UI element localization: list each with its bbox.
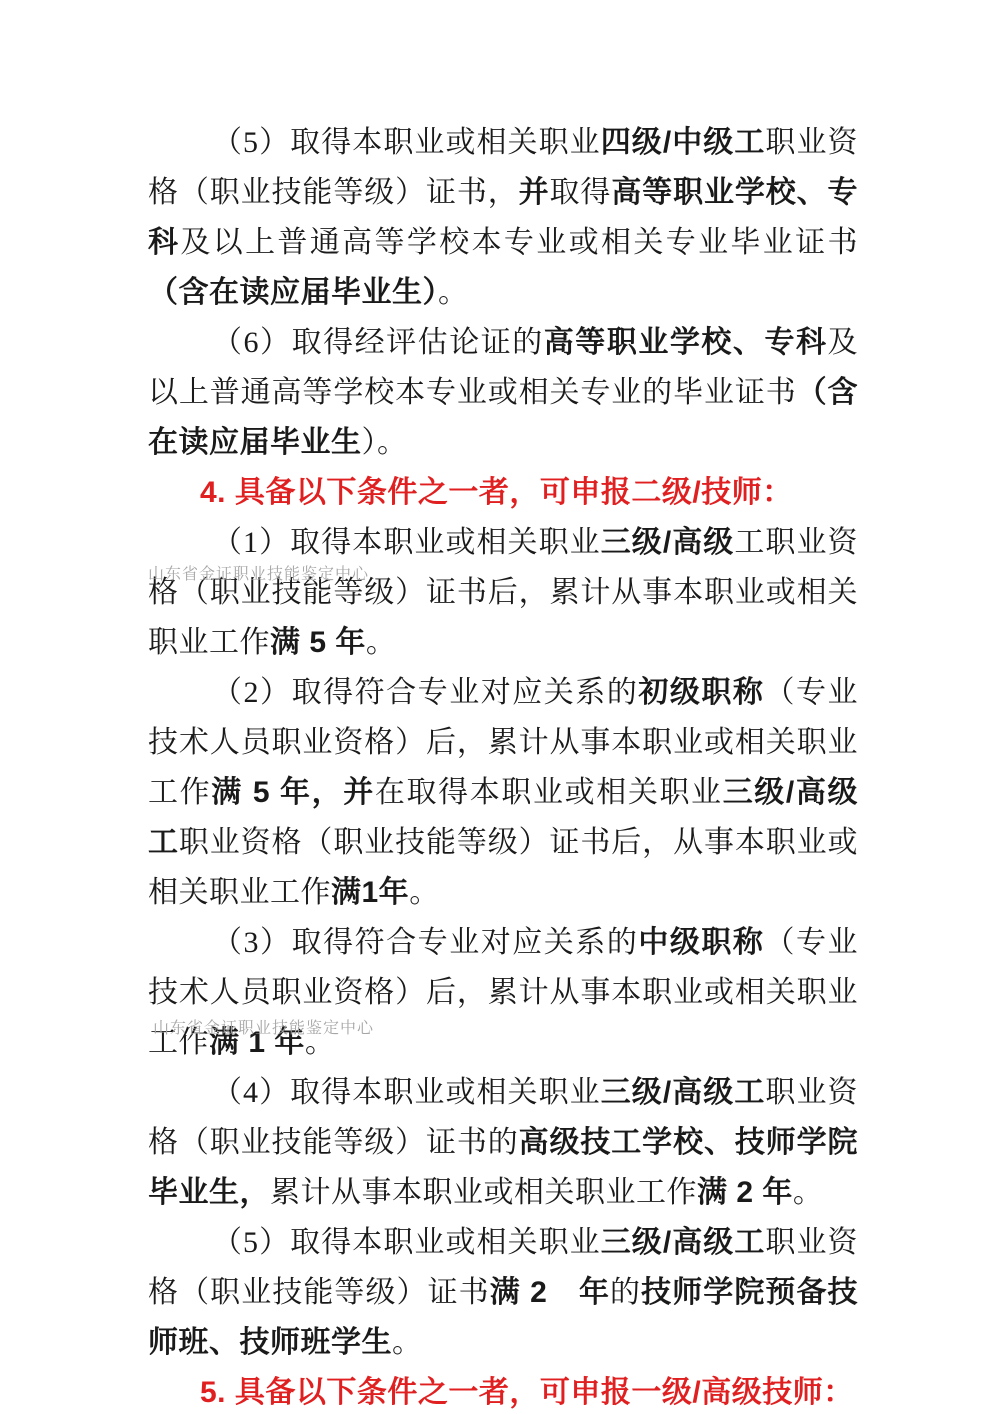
section-5-heading: 5. 具备以下条件之一者，可申报一级/高级技师： bbox=[148, 1368, 858, 1414]
text-segment: 三级/高级工 bbox=[601, 1076, 766, 1109]
text-segment: 中级职称 bbox=[638, 926, 764, 959]
text-segment: 满 5 年 bbox=[270, 626, 366, 659]
text-segment: （6）取得经评估论证的 bbox=[212, 326, 544, 359]
clause-1-level-2: （1）取得本职业或相关职业三级/高级工职业资格（职业技能等级）证书后，累计从事本… bbox=[148, 518, 858, 668]
watermark-text: 山东省金证职业技能鉴定中心 bbox=[148, 567, 369, 583]
text-segment: 在取得本职业或相关职业 bbox=[375, 776, 723, 809]
text-segment: （4）取得本职业或相关职业 bbox=[212, 1076, 601, 1109]
text-segment: 的 bbox=[610, 1276, 641, 1309]
text-segment: 满 5 年，并 bbox=[211, 776, 375, 809]
text-segment: 5. 具备以下条件之一者，可申报一级/高级技师： bbox=[200, 1376, 854, 1409]
section-4-heading: 4. 具备以下条件之一者，可申报二级/技师： bbox=[148, 468, 858, 518]
clause-3-level-2: （3）取得符合专业对应关系的中级职称（专业技术人员职业资格）后，累计从事本职业或… bbox=[148, 918, 858, 1068]
text-segment: 四级/中级工 bbox=[601, 126, 766, 159]
text-segment: ）。 bbox=[362, 426, 408, 459]
text-segment: （5）取得本职业或相关职业 bbox=[212, 1226, 601, 1259]
text-segment: （5）取得本职业或相关职业 bbox=[212, 126, 601, 159]
text-segment: 三级/高级工 bbox=[601, 1226, 766, 1259]
text-segment: 满 2 年 bbox=[697, 1176, 793, 1209]
document-content: （5）取得本职业或相关职业四级/中级工职业资格（职业技能等级）证书，并取得高等职… bbox=[148, 118, 858, 1414]
text-segment: 4. 具备以下条件之一者，可申报二级/技师： bbox=[200, 476, 793, 509]
text-segment: 及以上普通高等学校本专业或相关专业毕业证书 bbox=[180, 226, 858, 259]
text-segment: 高等职业学校、专科 bbox=[544, 326, 828, 359]
text-segment: 取得 bbox=[550, 176, 612, 209]
document-page: （5）取得本职业或相关职业四级/中级工职业资格（职业技能等级）证书，并取得高等职… bbox=[0, 0, 1000, 1414]
text-segment: （2）取得符合专业对应关系的 bbox=[212, 676, 638, 709]
text-segment: 。 bbox=[438, 276, 469, 309]
clause-2-level-2: （2）取得符合专业对应关系的初级职称（专业技术人员职业资格）后，累计从事本职业或… bbox=[148, 668, 858, 918]
text-segment: （3）取得符合专业对应关系的 bbox=[212, 926, 638, 959]
text-segment: 。 bbox=[409, 876, 440, 909]
text-segment: 。 bbox=[392, 1326, 423, 1359]
text-segment: 满 2 年 bbox=[490, 1276, 610, 1309]
text-segment: 三级/高级 bbox=[601, 526, 735, 559]
text-segment: （1）取得本职业或相关职业 bbox=[212, 526, 601, 559]
text-segment: 。 bbox=[366, 626, 397, 659]
text-segment: （含在读应届毕业生） bbox=[148, 276, 438, 309]
clause-5-level-3: （5）取得本职业或相关职业四级/中级工职业资格（职业技能等级）证书，并取得高等职… bbox=[148, 118, 858, 318]
text-segment: 并 bbox=[519, 176, 550, 209]
watermark-text: 山东省金证职业技能鉴定中心 bbox=[153, 1021, 374, 1037]
clause-5-level-2: （5）取得本职业或相关职业三级/高级工职业资格（职业技能等级）证书满 2 年的技… bbox=[148, 1218, 858, 1368]
text-segment: 职业资格（职业技能等级）证书后，从事本职业或相关职业工作 bbox=[148, 826, 858, 909]
text-segment: 初级职称 bbox=[638, 676, 764, 709]
text-segment: 。 bbox=[793, 1176, 824, 1209]
clause-4-level-2: （4）取得本职业或相关职业三级/高级工职业资格（职业技能等级）证书的高级技工学校… bbox=[148, 1068, 858, 1218]
text-segment: 满1年 bbox=[331, 876, 409, 909]
clause-6-level-3: （6）取得经评估论证的高等职业学校、专科及以上普通高等学校本专业或相关专业的毕业… bbox=[148, 318, 858, 468]
text-segment: 累计从事本职业或相关职业工作 bbox=[270, 1176, 697, 1209]
